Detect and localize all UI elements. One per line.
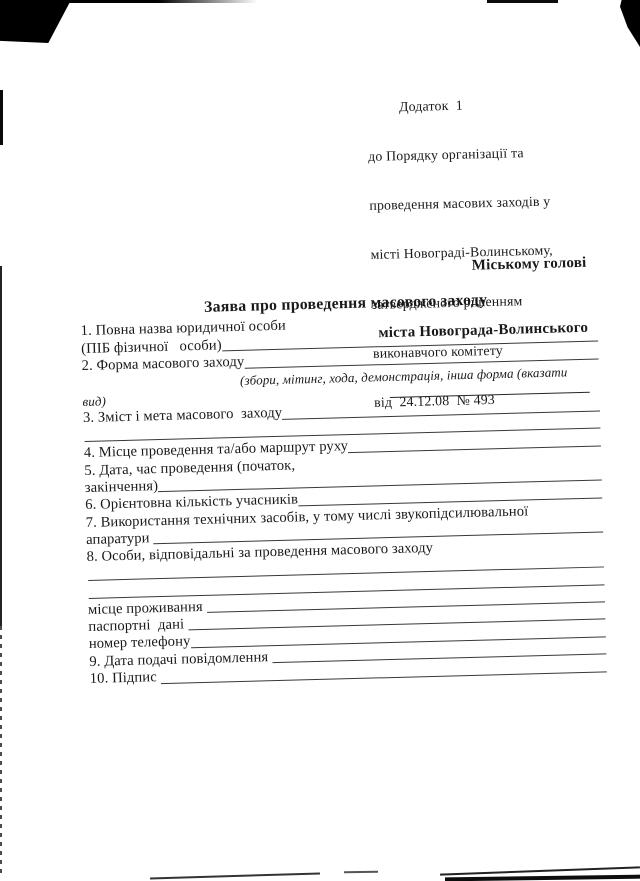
annex-note-line: до Порядку організації та xyxy=(368,143,600,165)
scan-artifact-bottom-edge-line xyxy=(344,871,378,873)
form-line-text: закінчення) xyxy=(85,478,159,497)
form-body: Заява про проведення масового заходу 1. … xyxy=(80,289,607,689)
form-line-text: 10. Підпис xyxy=(90,669,161,688)
scan-artifact-top-right-corner xyxy=(620,0,640,47)
scan-artifact-bottom-edge-line xyxy=(445,875,640,881)
form-lines: 1. Повна назва юридичної особи(ПІБ фізич… xyxy=(81,310,607,689)
scan-artifact-top-left-corner xyxy=(0,0,71,43)
annex-note-line: Додаток 1 xyxy=(367,94,599,116)
scan-artifact-top-edge-line xyxy=(487,0,558,3)
form-line-text: апаратури xyxy=(86,530,154,549)
scan-artifact-left-edge-line xyxy=(0,90,3,145)
scan-artifact-left-edge-line xyxy=(0,266,2,626)
scan-artifact-bottom-edge-line xyxy=(150,872,320,879)
form-line-text: вид) xyxy=(82,392,106,410)
scanned-document-page: Додаток 1 до Порядку організації та пров… xyxy=(0,0,640,881)
scan-artifact-top-edge-line xyxy=(58,0,258,3)
addressee-line: Міському голові xyxy=(338,253,586,281)
scan-artifact-left-edge-line xyxy=(0,626,2,874)
